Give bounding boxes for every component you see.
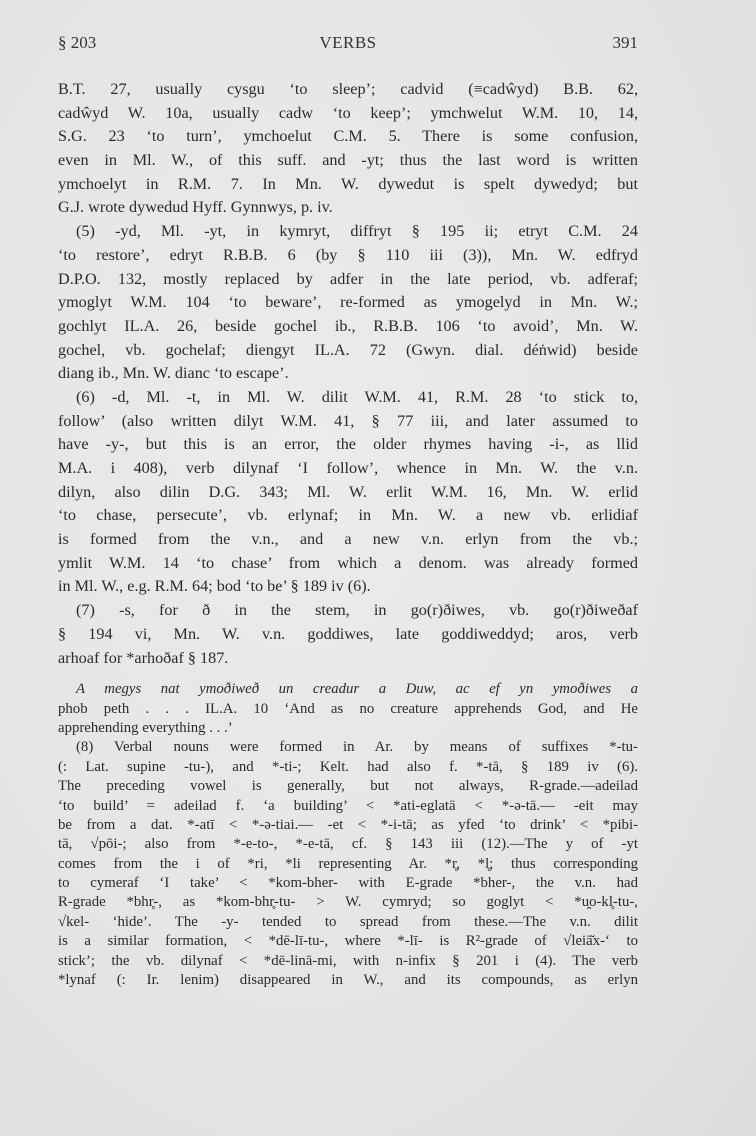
text-line: even in Ml. W., of this suff. and -yt; t…	[58, 149, 638, 173]
text-line: The preceding vowel is generally, but no…	[58, 777, 638, 796]
text-line: diang ib., Mn. W. dianc ‘to escape’.	[58, 362, 638, 386]
text-line: apprehending everything . . .’	[58, 719, 638, 738]
paragraph-7: (7) -s, for ð in the stem, in go(r)ðiwes…	[58, 599, 638, 670]
text-line: √kel- ‘hide’. The -y- tended to spread f…	[58, 913, 638, 932]
text-line: M.A. i 408), verb dilynaf ‘I follow’, wh…	[58, 457, 638, 481]
page-number: 391	[613, 33, 639, 53]
text-line: arhoaf for *arhoðaf § 187.	[58, 647, 638, 671]
text-line: ymchoelyt in R.M. 7. In Mn. W. dywedut i…	[58, 173, 638, 197]
text-line: *lynaf (: Ir. lenim) disappeared in W., …	[58, 971, 638, 990]
text-line: (: Lat. supine -tu-), and *-ti-; Kelt. h…	[58, 758, 638, 777]
text-line: (7) -s, for ð in the stem, in go(r)ðiwes…	[58, 599, 638, 623]
text-line: is formed from the v.n., and a new v.n. …	[58, 528, 638, 552]
text-line: B.T. 27, usually cysgu ‘to sleep’; cadvi…	[58, 78, 638, 102]
text-line: ‘to build’ = adeilad f. ‘a building’ < *…	[58, 797, 638, 816]
text-line: § 194 vi, Mn. W. v.n. goddiwes, late god…	[58, 623, 638, 647]
paragraph-continuation: B.T. 27, usually cysgu ‘to sleep’; cadvi…	[58, 78, 638, 220]
text-line: (8) Verbal nouns were formed in Ar. by m…	[58, 738, 638, 757]
page-body: B.T. 27, usually cysgu ‘to sleep’; cadvi…	[58, 78, 638, 990]
text-line: gochlyt IL.A. 26, beside gochel ib., R.B…	[58, 315, 638, 339]
text-line: to cymeraf ‘I take’ < *kom-bher- with E-…	[58, 874, 638, 893]
text-line: (5) -yd, Ml. -yt, in kymryt, diffryt § 1…	[58, 220, 638, 244]
text-line: stick’; the vb. dilynaf < *dē-linā-mi, w…	[58, 952, 638, 971]
text-line: S.G. 23 ‘to turn’, ymchoelut C.M. 5. The…	[58, 125, 638, 149]
running-title: VERBS	[58, 33, 638, 53]
text-line: G.J. wrote dywedud Hyff. Gynnwys, p. iv.	[58, 196, 638, 220]
text-line: be from a dat. *-atī < *-ə-tiai.— -et < …	[58, 816, 638, 835]
text-line: is a similar formation, < *dē-lī-tu-, wh…	[58, 932, 638, 951]
text-line: tā, √pōi-; also from *-e-to-, *-e-tā, cf…	[58, 835, 638, 854]
paragraph-5: (5) -yd, Ml. -yt, in kymryt, diffryt § 1…	[58, 220, 638, 386]
text-line: ‘to chase, persecute’, vb. erlynaf; in M…	[58, 504, 638, 528]
text-line: dilyn, also dilin D.G. 343; Ml. W. erlit…	[58, 481, 638, 505]
text-line: in Ml. W., e.g. R.M. 64; bod ‘to be’ § 1…	[58, 575, 638, 599]
text-line: phob peth . . . IL.A. 10 ‘And as no crea…	[58, 700, 638, 719]
text-line: comes from the i of *ri, *li representin…	[58, 855, 638, 874]
paragraph-8: (8) Verbal nouns were formed in Ar. by m…	[58, 738, 638, 990]
text-line: ‘to restore’, edryt R.B.B. 6 (by § 110 i…	[58, 244, 638, 268]
text-line: follow’ (also written dilyt W.M. 41, § 7…	[58, 410, 638, 434]
text-line: A megys nat ymoðiweð un creadur a Duw, a…	[58, 680, 638, 699]
book-page: § 203 VERBS 391 B.T. 27, usually cysgu ‘…	[0, 0, 756, 1136]
paragraph-6: (6) -d, Ml. -t, in Ml. W. dilit W.M. 41,…	[58, 386, 638, 599]
text-line: cadŵyd W. 10a, usually cadw ‘to keep’; y…	[58, 102, 638, 126]
text-line: ymlit W.M. 14 ‘to chase’ from which a de…	[58, 552, 638, 576]
text-line: have -y-, but this is an error, the olde…	[58, 433, 638, 457]
text-line: gochel, vb. gochelaf; diengyt IL.A. 72 (…	[58, 339, 638, 363]
text-line: ymoglyt W.M. 104 ‘to beware’, re-formed …	[58, 291, 638, 315]
quotation-block: A megys nat ymoðiweð un creadur a Duw, a…	[58, 680, 638, 738]
text-line: (6) -d, Ml. -t, in Ml. W. dilit W.M. 41,…	[58, 386, 638, 410]
text-line: R-grade *bhr̥-, as *kom-bhr̥-tu- > W. cy…	[58, 893, 638, 912]
running-header: § 203 VERBS 391	[58, 33, 638, 57]
text-line: D.P.O. 132, mostly replaced by adfer in …	[58, 268, 638, 292]
